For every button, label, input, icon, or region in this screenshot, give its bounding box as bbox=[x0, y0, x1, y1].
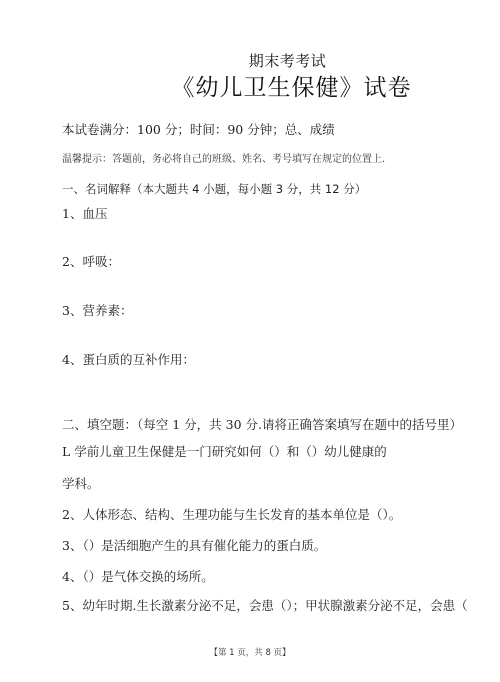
exam-title: 《幼儿卫生保健》试卷 bbox=[0, 77, 500, 100]
section-1-question-1: 1、血压 bbox=[62, 208, 107, 221]
exam-info-line: 本试卷满分：100 分；时间：90 分钟；总、成绩 bbox=[62, 124, 335, 137]
section-1-question-2: 2、呼吸： bbox=[62, 256, 120, 269]
section-2-question-3: 3、（）是活细胞产生的具有催化能力的蛋白质。 bbox=[62, 540, 326, 553]
section-1-question-4: 4、蛋白质的互补作用： bbox=[62, 354, 195, 367]
section-1-question-3: 3、营养素： bbox=[62, 305, 132, 318]
section-2-question-2: 2、人体形态、结构、生理功能与生长发育的基本单位是（）。 bbox=[62, 509, 401, 522]
exam-tip: 温馨提示：答题前，务必将自己的班级、姓名、考号填写在规定的位置上. bbox=[62, 155, 385, 165]
section-1-heading: 一、名词解释（本大题共 4 小题，每小题 3 分，共 12 分） bbox=[62, 184, 366, 196]
section-2-question-5: 5、幼年时期.生长激素分泌不足，会患（）；甲状腺激素分泌不足，会患（ bbox=[62, 600, 468, 613]
section-2-question-1: L 学前儿童卫生保健是一门研究如何（）和（）幼儿健康的 bbox=[62, 446, 387, 459]
section-2-question-4: 4、（）是气体交换的场所。 bbox=[62, 571, 214, 584]
exam-subtitle: 期末考考试 bbox=[0, 54, 500, 69]
section-2-heading: 二、填空题：（每空 1 分，共 30 分.请将正确答案填写在题中的括号里） bbox=[62, 419, 462, 432]
section-2-question-1-cont: 学科。 bbox=[62, 478, 100, 491]
page-footer: 【第 1 页，共 8 页】 bbox=[0, 649, 500, 658]
exam-page: 期末考考试 《幼儿卫生保健》试卷 本试卷满分：100 分；时间：90 分钟；总、… bbox=[0, 0, 500, 682]
